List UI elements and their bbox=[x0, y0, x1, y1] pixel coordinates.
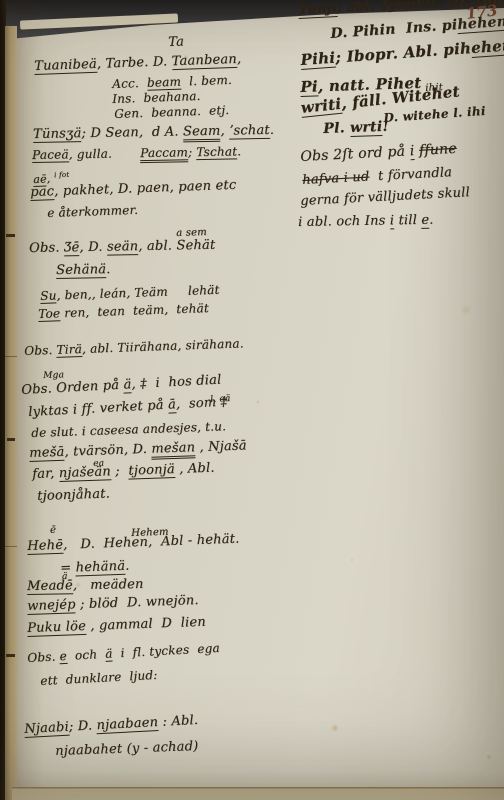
handwritten-segment: Obs. bbox=[29, 240, 64, 256]
handwritten-line: i abl. och Ins i till e. bbox=[298, 214, 434, 231]
handwritten-segment: Tirä bbox=[56, 342, 82, 358]
handwritten-segment: njaabahet (y - achad) bbox=[55, 739, 199, 759]
handwritten-segment: i fot bbox=[54, 170, 70, 180]
handwritten-segment: Seam bbox=[183, 124, 221, 143]
handwritten-segment: Sehänä bbox=[56, 262, 106, 279]
handwritten-line: lyktas i ff. verket på ā, som ‡ bbox=[28, 396, 228, 421]
handwritten-line: Toe ren, tean teäm, tehät bbox=[38, 302, 209, 321]
handwritten-segment: , D. Hehen, Abl - hehät. bbox=[63, 532, 240, 553]
handwritten-segment: till bbox=[394, 213, 421, 228]
handwritten-line: wnejép ; blöd D. wnejön. bbox=[27, 594, 199, 614]
handwritten-segment: njašeän bbox=[59, 464, 112, 482]
handwritten-segment: gerna för välljudets skull bbox=[300, 185, 470, 209]
handwritten-segment: ē bbox=[50, 525, 56, 536]
handwritten-line: de slut. i caseesa andesjes, t.u. bbox=[31, 420, 226, 440]
handwritten-segment: , Tarbe. D. bbox=[97, 54, 172, 72]
handwritten-segment: pac bbox=[30, 184, 54, 201]
handwritten-segment: Mga bbox=[43, 370, 64, 381]
handwritten-segment: seän bbox=[107, 239, 139, 256]
handwritten-line: Sehänä. bbox=[56, 263, 111, 278]
handwritten-segment: , Abl. bbox=[175, 461, 215, 477]
handwritten-segment: Gen. beanna. etj. bbox=[114, 103, 230, 121]
handwritten-line: njaabahet (y - achad) bbox=[55, 740, 199, 759]
handwritten-segment: njaabaen bbox=[96, 715, 158, 734]
handwritten-line: Paceä, gulla. Paccam; Tschat. bbox=[32, 145, 241, 162]
handwritten-segment: l. bem. bbox=[181, 73, 232, 89]
handwritten-segment: Ta bbox=[168, 34, 184, 50]
handwritten-segment: , abl. Tiirähana, sirähana. bbox=[82, 336, 244, 356]
handwritten-line: Hehē, D. Hehen, Abl - hehät. bbox=[27, 533, 240, 555]
handwritten-segment: Pi bbox=[300, 77, 318, 97]
handwritten-segment: Toe bbox=[38, 306, 61, 322]
handwritten-segment: , bbox=[237, 52, 242, 67]
handwritten-segment: de slut. i caseesa andesjes, t.u. bbox=[31, 419, 226, 440]
handwritten-segment: ren, tean teäm, tehät bbox=[60, 301, 209, 320]
handwritten-segment: ; bbox=[111, 464, 129, 480]
handwritten-segment: Obs. bbox=[24, 343, 57, 358]
handwritten-line: Meadē, meäden bbox=[27, 578, 144, 594]
handwritten-segment: . bbox=[429, 213, 434, 228]
handwritten-segment: far, bbox=[32, 466, 59, 482]
handwritten-segment: , ‡ i hos dial bbox=[131, 373, 222, 393]
handwritten-segment: Ʒē bbox=[64, 240, 80, 256]
handwritten-segment: , som ‡ bbox=[176, 395, 228, 413]
handwritten-segment: tjoonjä bbox=[128, 462, 175, 480]
handwritten-segment: : Abl. bbox=[158, 713, 199, 730]
handwritten-segment: i fl. tyckes ega bbox=[112, 641, 220, 661]
handwritten-line: Tuanibeä, Tarbe. D. Taanbean, bbox=[34, 53, 241, 75]
handwritten-segment: ett dunklare ljud: bbox=[40, 668, 158, 688]
handwritten-line: Gen. beanna. etj. bbox=[114, 104, 230, 121]
handwritten-segment: Meadē bbox=[27, 578, 73, 595]
handwritten-segment: Obs. Orden på bbox=[21, 378, 124, 398]
handwritten-segment: Paccam bbox=[140, 145, 188, 163]
handwritten-line: Njaabi; D. njaabaen : Abl. bbox=[24, 714, 199, 737]
handwritten-segment: ! bbox=[382, 119, 389, 135]
handwritten-segment: Tuanibeä bbox=[34, 57, 97, 75]
handwritten-segment: , gammal D lien bbox=[86, 615, 206, 634]
handwritten-line: Obs. Tirä, abl. Tiirähana, sirähana. bbox=[24, 337, 244, 358]
handwritten-segment: ehet bbox=[471, 36, 504, 58]
handwritten-line: Acc. beam l. bem. bbox=[112, 74, 232, 91]
handwritten-segment: , pakhet, D. paen, paen etc bbox=[54, 178, 237, 199]
handwritten-segment: . bbox=[270, 123, 275, 138]
handwritten-segment: ffune bbox=[419, 141, 457, 159]
handwritten-segment: Acc. bbox=[112, 76, 147, 91]
handwritten-segment: ; D Sean, d A. bbox=[81, 124, 183, 141]
handwritten-segment: ; D. bbox=[68, 718, 96, 734]
handwritten-line: e återkommer. bbox=[47, 204, 138, 220]
handwritten-line: gerna för välljudets skull bbox=[300, 186, 470, 209]
handwritten-segment: , abl. Sehät bbox=[138, 238, 215, 254]
handwritten-segment: , Njašā bbox=[195, 438, 247, 455]
handwritten-segment: , ben,, leán, Teäm lehät bbox=[56, 283, 219, 303]
handwritten-line: ett dunklare ljud: bbox=[40, 669, 158, 688]
handwritten-line: Tünsʒä; D Sean, d A. Seam, ʼschat. bbox=[33, 124, 274, 143]
handwritten-segment: . bbox=[237, 144, 241, 158]
handwritten-line: far, njašeän ; tjoonjä , Abl. bbox=[32, 462, 215, 483]
handwritten-segment: Su bbox=[40, 288, 57, 304]
handwritten-segment: hehänä bbox=[75, 559, 125, 577]
handwritten-segment: lyktas i ff. verket på bbox=[28, 398, 168, 420]
handwritten-segment: Tunjï bbox=[298, 1, 337, 19]
handwritten-line: D. witehe l. ihi bbox=[383, 105, 486, 125]
handwritten-segment: , D. bbox=[79, 240, 107, 255]
handwritten-segment: Tschat bbox=[196, 144, 237, 160]
handwritten-segment: , bbox=[220, 124, 229, 139]
manuscript-photo: 173 Tunjï; abl. Tynjïhit. (D. TunjihiD. … bbox=[0, 0, 504, 800]
handwritten-segment: hehena bbox=[457, 13, 504, 34]
handwritten-segment: Puku löe bbox=[27, 619, 86, 637]
handwritten-line: = hehänä. bbox=[60, 560, 130, 577]
handwritten-line: Ta bbox=[168, 35, 184, 50]
handwritten-segment: beam bbox=[147, 75, 182, 91]
handwritten-segment: e återkommer. bbox=[47, 203, 138, 220]
handwritten-segment: D. witehe l. ihi bbox=[383, 104, 486, 125]
handwritten-segment: Taanbean bbox=[171, 52, 237, 70]
handwritten-segment: , gulla. bbox=[69, 146, 141, 161]
handwritten-segment: hafva i ud bbox=[302, 169, 370, 187]
handwritten-segment: writi bbox=[300, 95, 342, 118]
handwritten-line: tjoonjåhat. bbox=[37, 487, 110, 504]
handwriting-layer: 173 Tunjï; abl. Tynjïhit. (D. TunjihiD. … bbox=[0, 0, 504, 800]
handwritten-line: mešā, tvärsön, D. mešan , Njašā bbox=[29, 439, 247, 461]
handwritten-segment: . bbox=[106, 262, 111, 277]
handwritten-segment: t förvandla bbox=[369, 165, 452, 184]
handwritten-line: Obs. Ʒē, D. seän, abl. Sehät bbox=[29, 239, 215, 257]
handwritten-segment: ; Ibopr. Abl. pih bbox=[335, 39, 472, 66]
handwritten-segment: Tünsʒä bbox=[33, 126, 82, 143]
handwritten-line: Obs. e och ä i fl. tyckes ega bbox=[27, 642, 220, 665]
handwritten-segment: och bbox=[67, 647, 106, 663]
handwritten-segment: Obs 2ſt ord på bbox=[300, 143, 410, 165]
handwritten-segment: wrti bbox=[350, 119, 383, 137]
handwritten-segment: Pl. bbox=[323, 120, 350, 137]
handwritten-segment: tjoonjåhat. bbox=[37, 486, 110, 504]
handwritten-segment: . bbox=[125, 559, 130, 574]
handwritten-segment: ; blöd D. wnejön. bbox=[75, 593, 199, 612]
handwritten-line: ē bbox=[50, 525, 56, 536]
handwritten-segment: Pihi bbox=[300, 49, 336, 70]
handwritten-line: Pl. wrti! bbox=[323, 120, 389, 138]
handwritten-segment: ʼschat bbox=[229, 123, 270, 140]
handwritten-segment: , tvärsön, D. bbox=[64, 442, 151, 460]
handwritten-segment: wnejép bbox=[27, 597, 76, 615]
handwritten-segment: i abl. och Ins bbox=[298, 213, 390, 230]
handwritten-segment: Paceä bbox=[32, 147, 69, 163]
handwritten-segment: mešan bbox=[151, 440, 195, 460]
handwritten-line: hafva i ud t förvandla bbox=[302, 166, 452, 188]
handwritten-segment: D. Pihin Ins. pi bbox=[330, 17, 458, 42]
handwritten-line: Puku löe , gammal D lien bbox=[27, 616, 206, 637]
handwritten-segment: Hehē bbox=[27, 538, 63, 555]
handwritten-segment: mešā bbox=[29, 445, 65, 462]
handwritten-segment: , meäden bbox=[73, 577, 144, 593]
handwritten-line: Obs 2ſt ord på i ffune bbox=[300, 142, 457, 166]
handwritten-segment: Obs. bbox=[27, 649, 60, 665]
handwritten-line: Su, ben,, leán, Teäm lehät bbox=[40, 284, 220, 303]
handwritten-segment: Njaabi bbox=[24, 720, 69, 738]
